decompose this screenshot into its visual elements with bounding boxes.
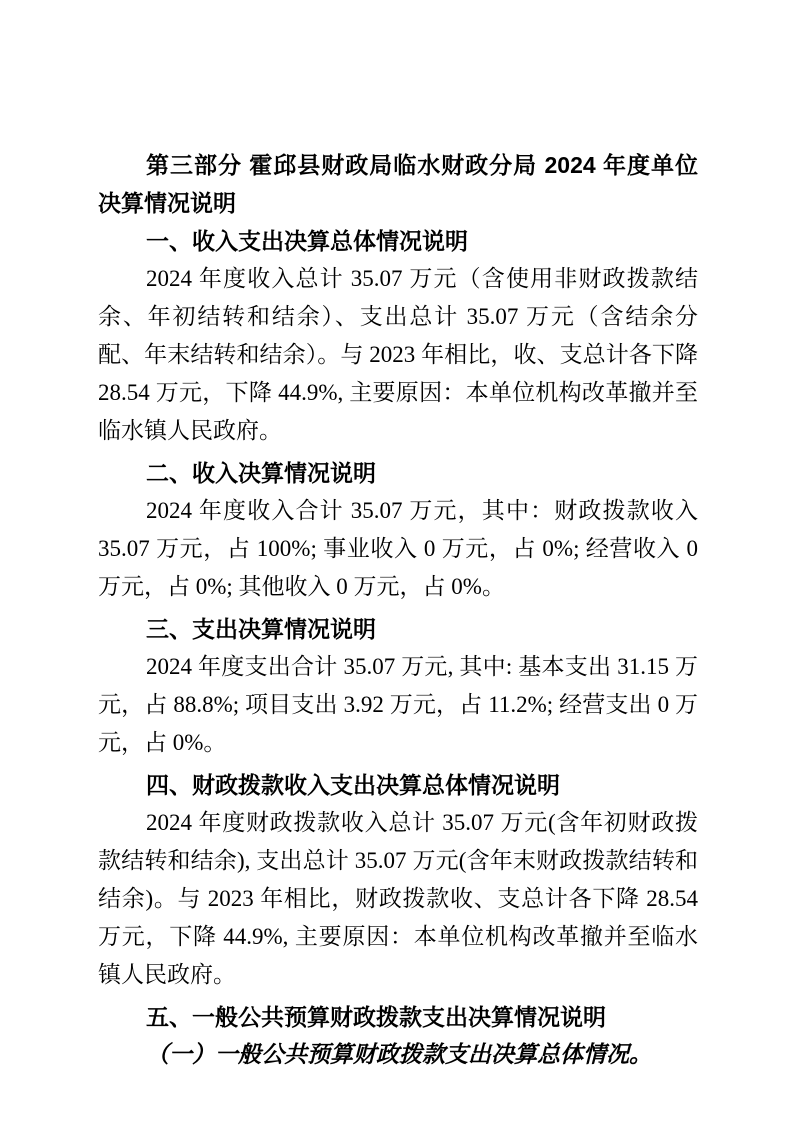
section-heading-general-public-budget: 五、一般公共预算财政拨款支出决算情况说明 bbox=[98, 998, 698, 1036]
section-paragraph: 2024 年度收入总计 35.07 万元（含使用非财政拨款结余、年初结转和结余）… bbox=[98, 260, 698, 450]
section-paragraph: 2024 年度支出合计 35.07 万元, 其中: 基本支出 31.15 万元，… bbox=[98, 648, 698, 762]
document-page: 第三部分 霍邱县财政局临水财政分局 2024 年度单位决算情况说明 一、收入支出… bbox=[0, 0, 793, 1122]
section-heading-income-expenditure-overview: 一、收入支出决算总体情况说明 bbox=[98, 222, 698, 260]
subsection-heading-general-public-budget-overall: （一）一般公共预算财政拨款支出决算总体情况。 bbox=[98, 1036, 698, 1074]
section-paragraph: 2024 年度收入合计 35.07 万元，其中：财政拨款收入 35.07 万元，… bbox=[98, 492, 698, 606]
document-content: 第三部分 霍邱县财政局临水财政分局 2024 年度单位决算情况说明 一、收入支出… bbox=[98, 146, 698, 1074]
section-heading-income-details: 二、收入决算情况说明 bbox=[98, 454, 698, 492]
section-paragraph: 2024 年度财政拨款收入总计 35.07 万元(含年初财政拨款结转和结余), … bbox=[98, 804, 698, 994]
document-title: 第三部分 霍邱县财政局临水财政分局 2024 年度单位决算情况说明 bbox=[98, 146, 698, 222]
section-heading-fiscal-appropriation-overview: 四、财政拨款收入支出决算总体情况说明 bbox=[98, 766, 698, 804]
section-heading-expenditure-details: 三、支出决算情况说明 bbox=[98, 610, 698, 648]
